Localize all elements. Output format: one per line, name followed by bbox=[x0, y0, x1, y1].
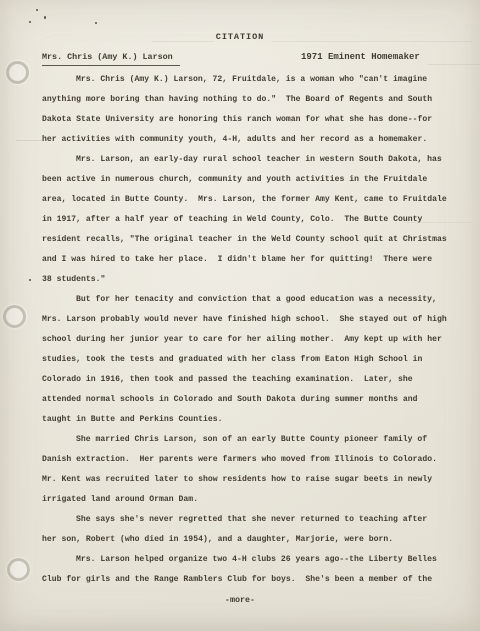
scanned-document-page: CITATION Mrs. Chris (Amy K.) Larson 1971… bbox=[0, 0, 480, 631]
scan-speck bbox=[95, 22, 97, 24]
text-line: studies, took the tests and graduated wi… bbox=[42, 350, 458, 370]
scan-artifact-line bbox=[428, 64, 480, 65]
text-line: Club for girls and the Range Ramblers Cl… bbox=[42, 570, 458, 590]
award-year-heading: 1971 Eminent Homemaker bbox=[301, 52, 420, 63]
text-line: anything more boring than having nothing… bbox=[42, 90, 458, 110]
text-line: Mr. Kent was recruited later to show res… bbox=[42, 470, 458, 490]
text-line: resident recalls, "The original teacher … bbox=[42, 230, 458, 250]
text-line: She married Chris Larson, son of an earl… bbox=[42, 430, 458, 450]
scan-artifact-line bbox=[16, 140, 42, 141]
scan-speck bbox=[29, 279, 31, 281]
document-body: Mrs. Chris (Amy K.) Larson, 72, Fruitdal… bbox=[42, 70, 458, 590]
text-line: She says she's never regretted that she … bbox=[42, 510, 458, 530]
scan-speck bbox=[29, 21, 31, 23]
text-line: But for her tenacity and conviction that… bbox=[42, 290, 458, 310]
text-line: Mrs. Chris (Amy K.) Larson, 72, Fruitdal… bbox=[42, 70, 458, 90]
text-line: in 1917, after a half year of teaching i… bbox=[42, 210, 458, 230]
hole-punch bbox=[7, 558, 30, 581]
text-line: been active in numerous church, communit… bbox=[42, 170, 458, 190]
text-line: her activities with community youth, 4-H… bbox=[42, 130, 458, 150]
honoree-name-heading: Mrs. Chris (Amy K.) Larson bbox=[42, 52, 180, 66]
text-line: taught in Butte and Perkins Counties. bbox=[42, 410, 458, 430]
text-line: and I was hired to take her place. I did… bbox=[42, 250, 458, 270]
text-line: her son, Robert (who died in 1954), and … bbox=[42, 530, 458, 550]
text-line: Danish extraction. Her parents were farm… bbox=[42, 450, 458, 470]
document-title: CITATION bbox=[0, 31, 480, 43]
hole-punch bbox=[6, 61, 29, 84]
text-line: 38 students." bbox=[42, 270, 458, 290]
text-line: Mrs. Larson, an early-day rural school t… bbox=[42, 150, 458, 170]
text-line: Dakota State University are honoring thi… bbox=[42, 110, 458, 130]
text-line: area, located in Butte County. Mrs. Lars… bbox=[42, 190, 458, 210]
hole-punch bbox=[3, 305, 26, 328]
text-line: Mrs. Larson helped organize two 4-H club… bbox=[42, 550, 458, 570]
text-line: school during her junior year to care fo… bbox=[42, 330, 458, 350]
text-line: attended normal schools in Colorado and … bbox=[42, 390, 458, 410]
text-line: irrigated land around Orman Dam. bbox=[42, 490, 458, 510]
scan-speck bbox=[36, 9, 38, 11]
scan-speck bbox=[44, 16, 46, 19]
text-line: Colorado in 1916, then took and passed t… bbox=[42, 370, 458, 390]
text-line: Mrs. Larson probably would never have fi… bbox=[42, 310, 458, 330]
page-continuation-marker: -more- bbox=[0, 594, 480, 606]
